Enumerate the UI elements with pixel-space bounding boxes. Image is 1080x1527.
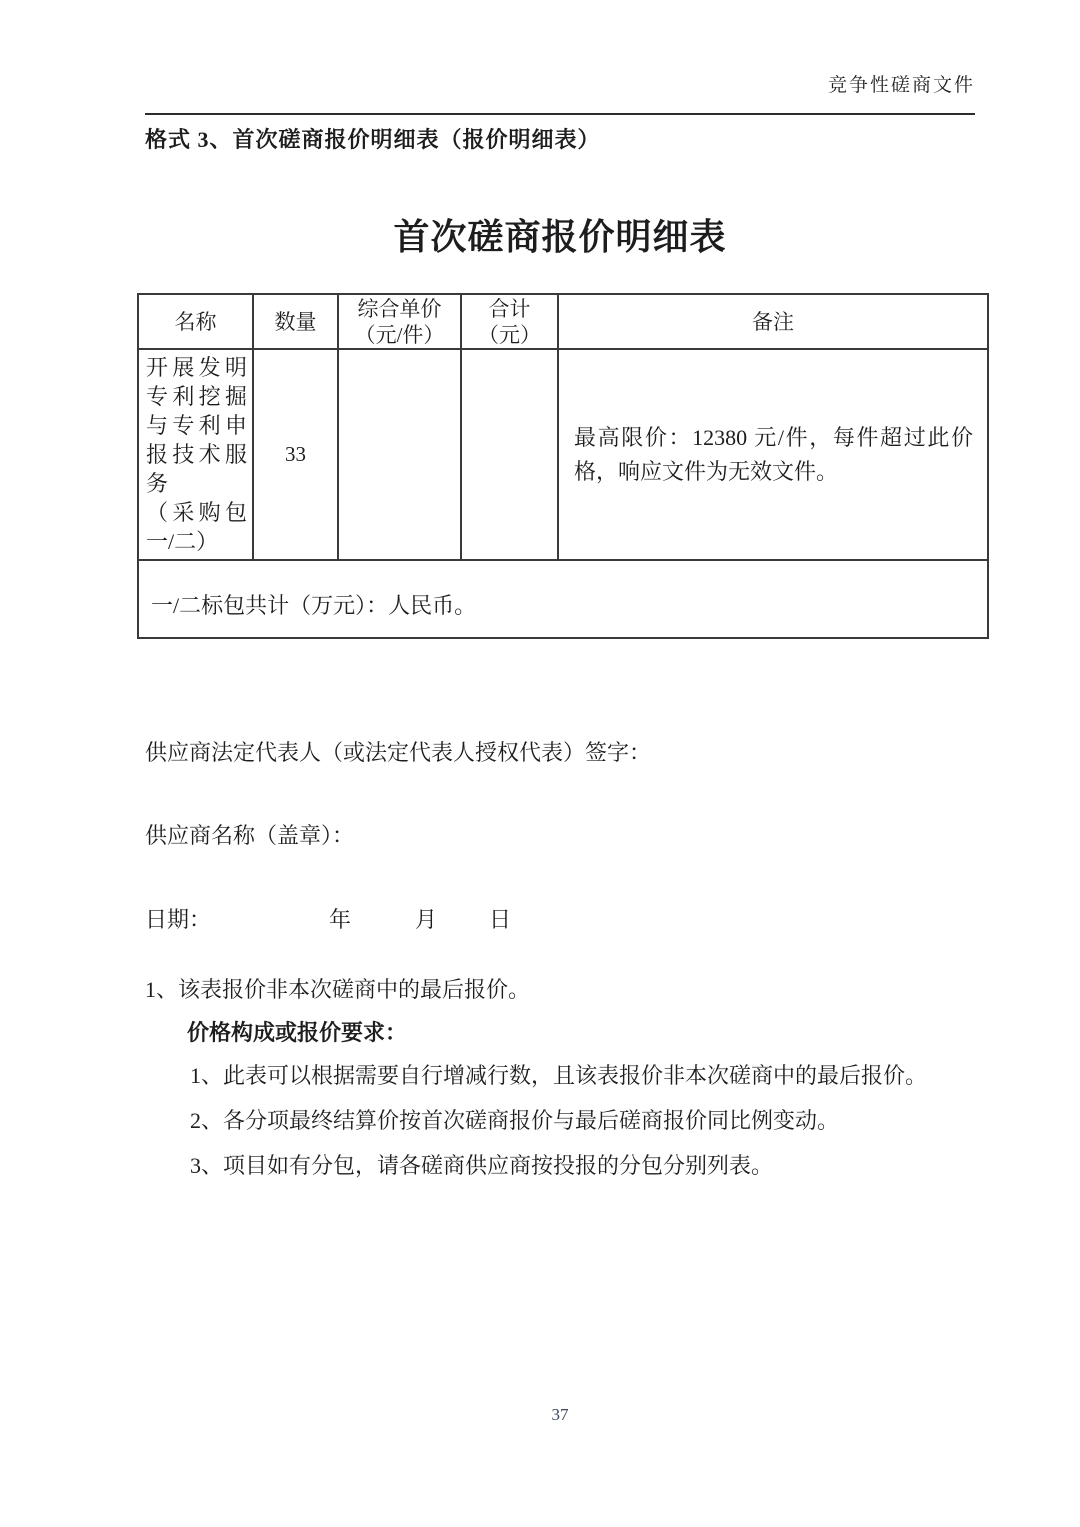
date-label: 日期： [145,907,211,932]
col-header-quantity: 数量 [253,294,338,349]
page-title: 首次磋商报价明细表 [145,209,975,260]
price-requirement-item: 1、此表可以根据需要自行增减行数，且该表报价非本次磋商中的最后报价。 [190,1059,927,1090]
col-header-name: 名称 [138,294,253,349]
table-total-cell: 一/二标包共计（万元）：人民币。 [138,560,988,638]
price-requirement-item: 3、项目如有分包，请各磋商供应商按投报的分包分别列表。 [190,1149,773,1180]
price-requirements-heading: 价格构成或报价要求： [187,1016,407,1047]
item-total-cell [461,349,558,560]
page-number: 37 [145,1405,975,1425]
item-unit-price-cell [338,349,461,560]
table-header-row: 名称 数量 综合单价 （元/件） 合计 （元） 备注 [138,294,988,349]
date-year-label: 年 [329,903,351,934]
table-row: 开展发明专利挖掘与专利申报技术服务 （采购包一/二） 33 最高限价：12380… [138,349,988,560]
format-heading: 格式 3、首次磋商报价明细表（报价明细表） [145,123,601,154]
price-requirement-item: 2、各分项最终结算价按首次磋商报价与最后磋商报价同比例变动。 [190,1104,839,1135]
col-header-unit-price: 综合单价 （元/件） [338,294,461,349]
item-quantity-cell: 33 [253,349,338,560]
table-total-row: 一/二标包共计（万元）：人民币。 [138,560,988,638]
date-line: 日期：年月日 [145,903,511,934]
item-remark-cell: 最高限价：12380 元/件，每件超过此价格，响应文件为无效文件。 [558,349,988,560]
date-month-label: 月 [415,903,437,934]
signature-supplier-line: 供应商名称（盖章）： [145,819,354,850]
col-header-total: 合计 （元） [461,294,558,349]
quotation-table: 名称 数量 综合单价 （元/件） 合计 （元） 备注 开展发明专利挖掘与专利申报… [137,293,989,639]
signature-representative-line: 供应商法定代表人（或法定代表人授权代表）签字： [145,736,651,767]
running-header-label: 竞争性磋商文件 [828,75,975,96]
running-header: 竞争性磋商文件 [145,70,975,115]
item-name-cell: 开展发明专利挖掘与专利申报技术服务 （采购包一/二） [138,349,253,560]
note-final-offer: 1、该表报价非本次磋商中的最后报价。 [145,973,530,1004]
date-day-label: 日 [489,903,511,934]
col-header-remark: 备注 [558,294,988,349]
document-page: 竞争性磋商文件 格式 3、首次磋商报价明细表（报价明细表） 首次磋商报价明细表 … [0,0,1080,1527]
